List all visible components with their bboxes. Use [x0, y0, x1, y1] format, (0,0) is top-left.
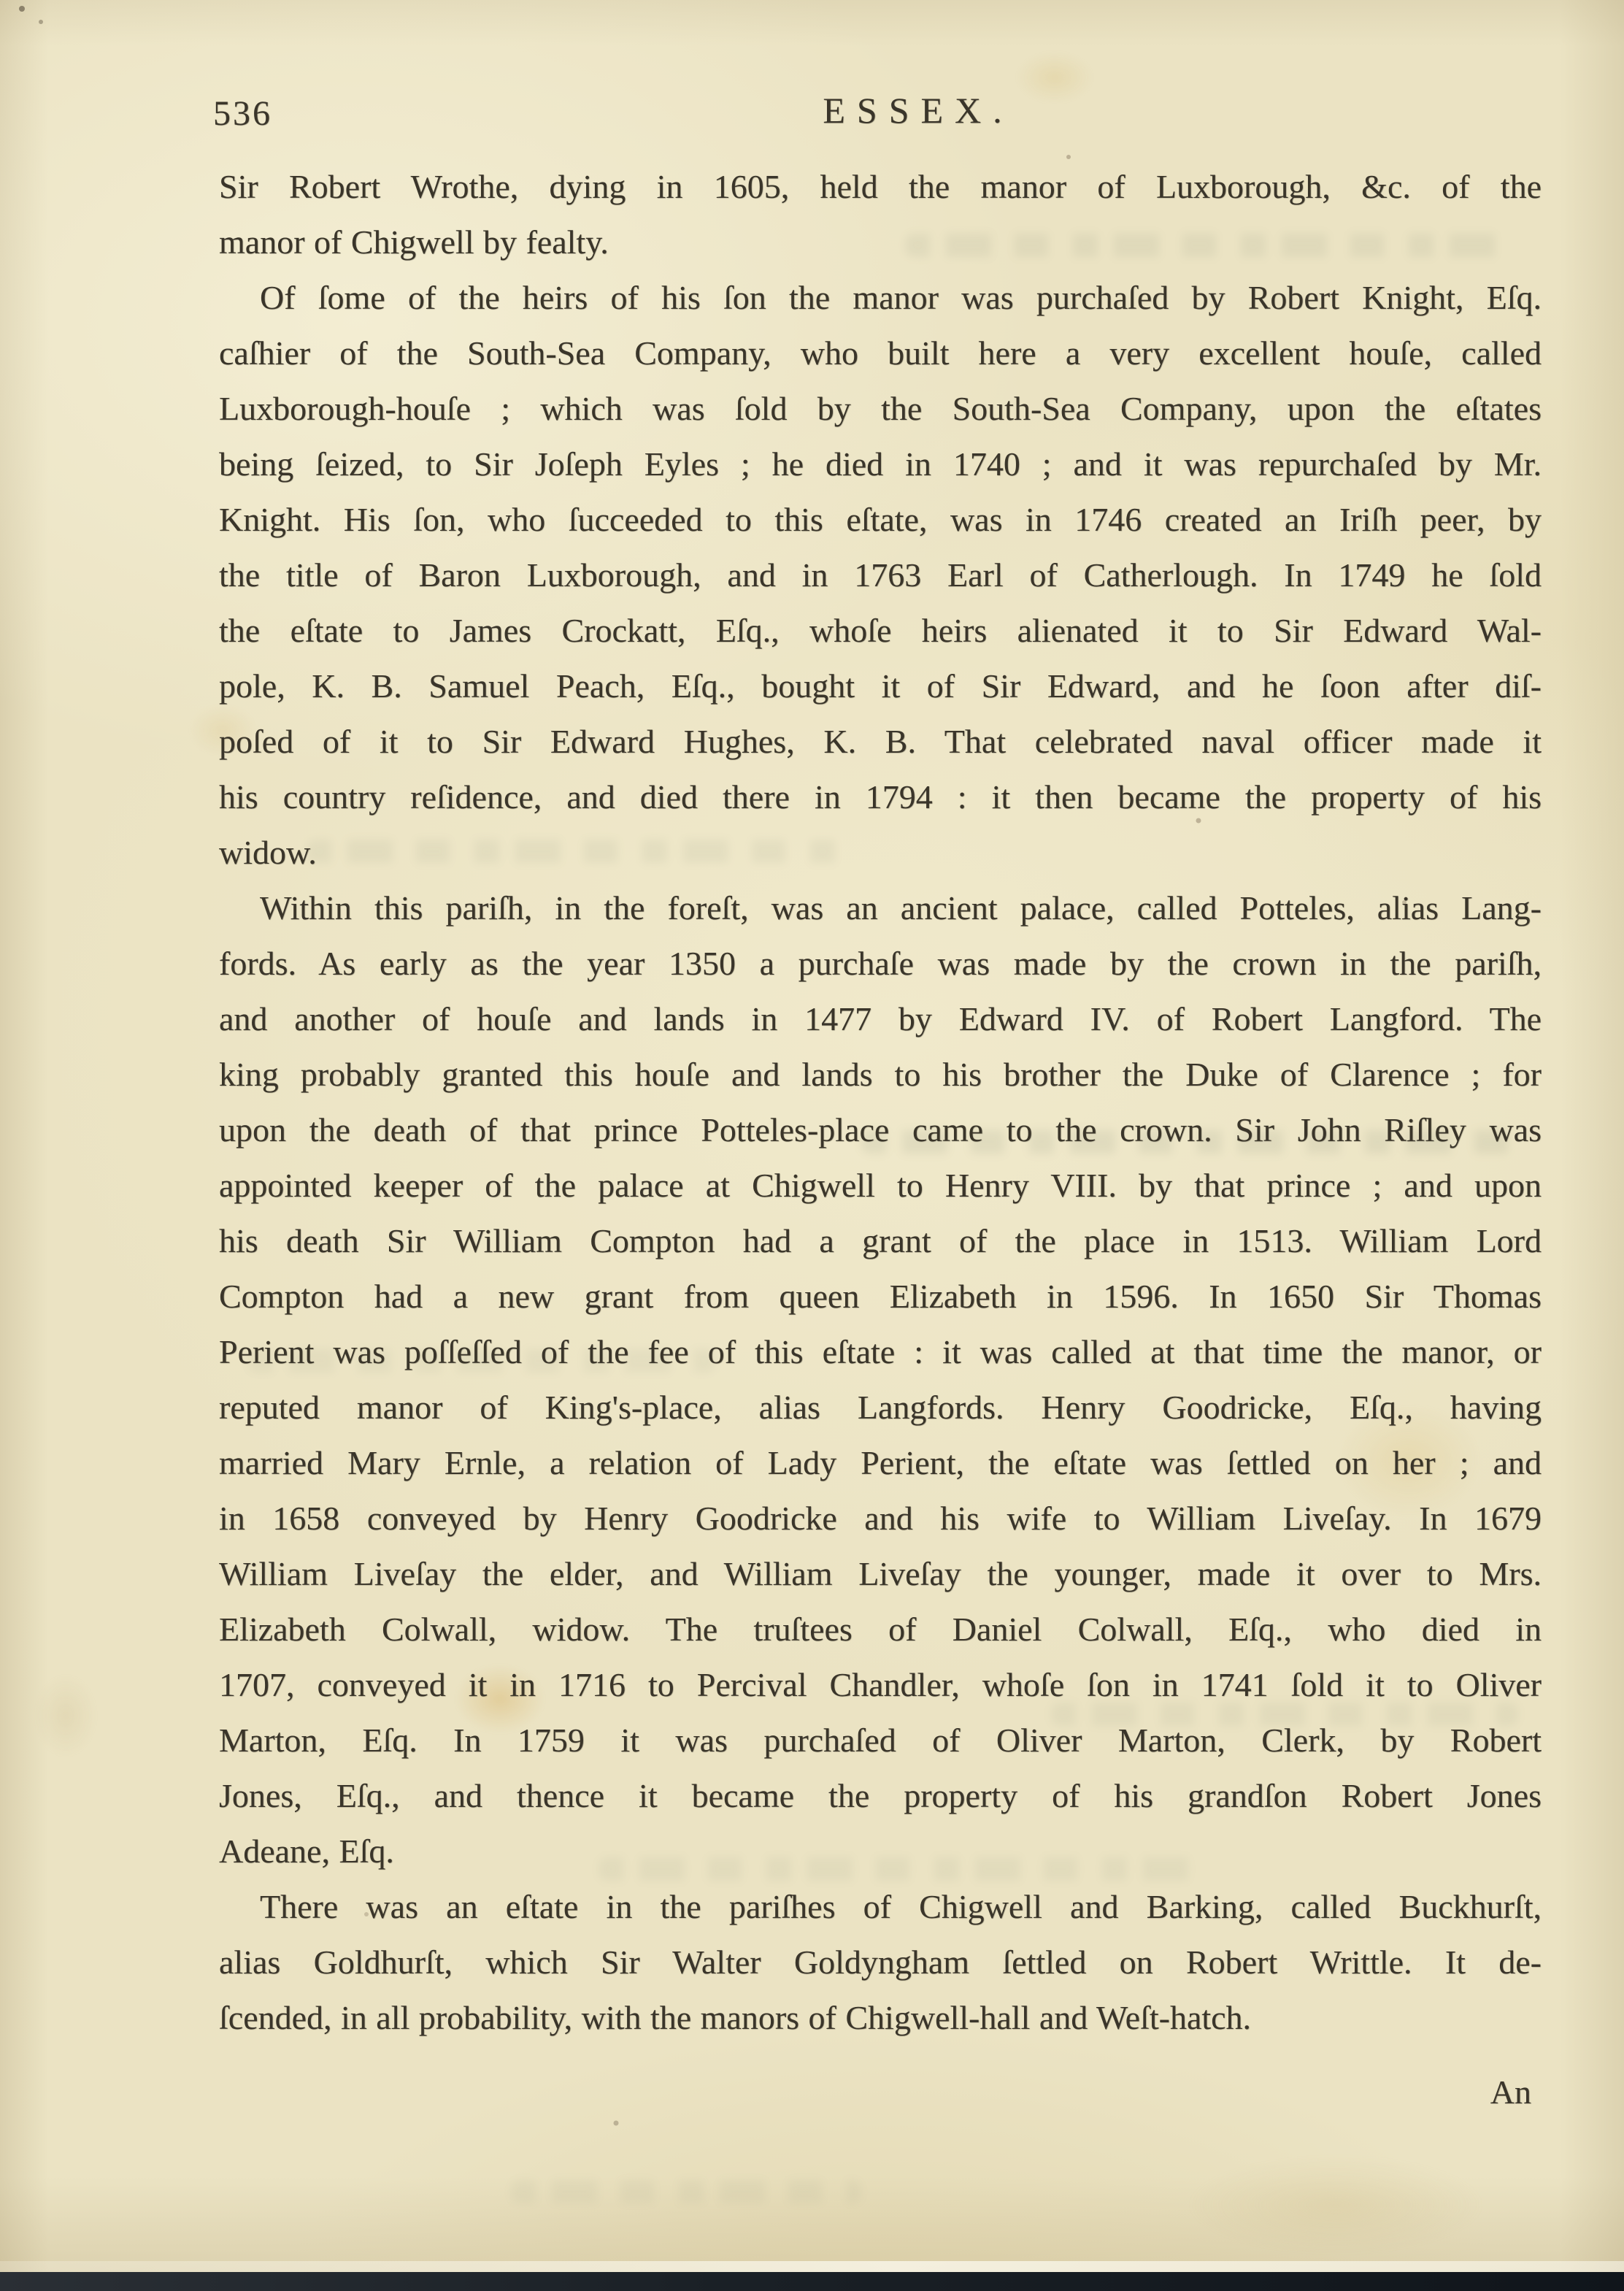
paper-stain [1139, 2139, 1533, 2271]
text-line: his country reſidence, and died there in… [219, 770, 1542, 825]
ink-bleedthrough [511, 2180, 861, 2203]
text-line: Sir Robert Wrothe, dying in 1605, held t… [219, 159, 1542, 215]
text-line: ſcended, in all probability, with the ma… [219, 1990, 1542, 2046]
catchword-text: An [1490, 2073, 1531, 2111]
text-line: in 1658 conveyed by Henry Goodricke and … [219, 1491, 1542, 1546]
book-page: 536 ESSEX. Sir Robert Wrothe, dying in 1… [0, 0, 1624, 2291]
text-line: Luxborough-houſe ; which was ſold by the… [219, 381, 1542, 437]
text-line: manor of Chigwell by fealty. [219, 215, 1542, 270]
text-line: and another of houſe and lands in 1477 b… [219, 991, 1542, 1047]
paper-specks [0, 0, 3, 3]
text-line: pole, K. B. Samuel Peach, Eſq., bought i… [219, 659, 1542, 714]
text-line: the eſtate to James Crockatt, Eſq., whoſ… [219, 603, 1542, 659]
text-line: poſed of it to Sir Edward Hughes, K. B. … [219, 714, 1542, 770]
text-line: being ſeized, to Sir Joſeph Eyles ; he d… [219, 437, 1542, 492]
text-line: Adeane, Eſq. [219, 1824, 1542, 1879]
text-line: fords. As early as the year 1350 a purch… [219, 936, 1542, 991]
page-corner-shadow [0, 2110, 139, 2285]
text-line: Knight. His ſon, who ſucceeded to this e… [219, 492, 1542, 548]
text-line: Marton, Eſq. In 1759 it was purchaſed of… [219, 1713, 1542, 1768]
catchword: An [219, 2065, 1542, 2120]
text-line: There was an eſtate in the pariſhes of C… [219, 1879, 1542, 1935]
running-title: ESSEX. [251, 89, 1574, 131]
scan-edge-band [0, 2272, 1624, 2291]
text-line: Elizabeth Colwall, widow. The truſtees o… [219, 1602, 1542, 1657]
scan-edge-highlight [0, 2261, 1624, 2273]
text-line: Of ſome of the heirs of his ſon the mano… [219, 270, 1542, 326]
text-line: 1707, conveyed it in 1716 to Percival Ch… [219, 1657, 1542, 1713]
text-line: reputed manor of King's-place, alias Lan… [219, 1380, 1542, 1435]
body-text: Sir Robert Wrothe, dying in 1605, held t… [219, 159, 1542, 2046]
text-line: Jones, Eſq., and thence it became the pr… [219, 1768, 1542, 1824]
text-line: married Mary Ernle, a relation of Lady P… [219, 1435, 1542, 1491]
paper-stain [22, 1657, 109, 1774]
text-line: widow. [219, 825, 1542, 880]
text-line: appointed keeper of the palace at Chigwe… [219, 1158, 1542, 1213]
text-line: Compton had a new grant from queen Eliza… [219, 1269, 1542, 1324]
text-line: William Liveſay the elder, and William L… [219, 1546, 1542, 1602]
text-line: his death Sir William Compton had a gran… [219, 1213, 1542, 1269]
text-line: Perient was poſſeſſed of the fee of this… [219, 1324, 1542, 1380]
text-line: the title of Baron Luxborough, and in 17… [219, 548, 1542, 603]
text-line: Within this pariſh, in the foreſt, was a… [219, 880, 1542, 936]
text-line: upon the death of that prince Potteles-p… [219, 1102, 1542, 1158]
text-line: caſhier of the South-Sea Company, who bu… [219, 326, 1542, 381]
text-line: king probably granted this houſe and lan… [219, 1047, 1542, 1102]
text-line: alias Goldhurſt, which Sir Walter Goldyn… [219, 1935, 1542, 1990]
